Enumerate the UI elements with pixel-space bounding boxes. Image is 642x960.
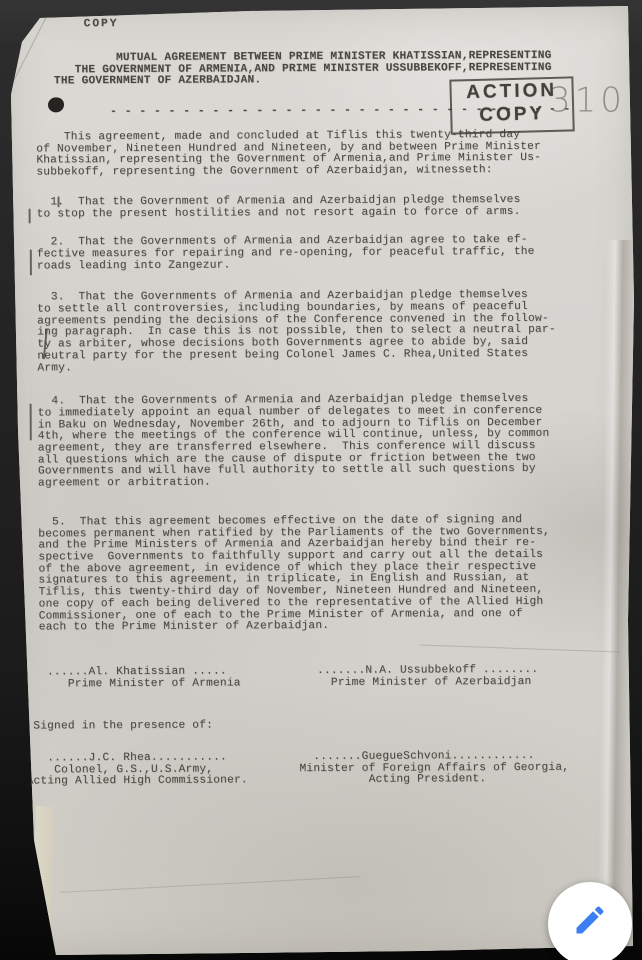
- signature-georgia: .......GuegueSchvoni............ Ministe…: [299, 751, 569, 788]
- document-page: COPY MUTUAL AGREEMENT BETWEEN PRIME MINI…: [0, 0, 642, 960]
- paragraph-clause-3: 3. That the Governments of Armenia and A…: [37, 290, 556, 375]
- pencil-margin-mark: [30, 404, 32, 441]
- agreement-body: This agreement, made and concluded at Ti…: [36, 130, 557, 652]
- copy-label: COPY: [84, 19, 119, 31]
- photo-viewer: COPY MUTUAL AGREEMENT BETWEEN PRIME MINI…: [0, 0, 642, 960]
- paragraph-clause-5: 5. That this agreement becomes effective…: [38, 515, 557, 635]
- signature-azerbaijan: .......N.A. Ussubbekoff ........ Prime M…: [317, 665, 538, 690]
- paragraph-intro: This agreement, made and concluded at Ti…: [36, 130, 555, 180]
- signature-armenia: ......Al. Khatissian ..... Prime Ministe…: [47, 666, 241, 690]
- paragraph-clause-4: 4. That the Governments of Armenia and A…: [38, 394, 557, 490]
- pencil-icon: [572, 902, 608, 947]
- pencil-margin-mark: [58, 196, 60, 207]
- signature-rhea: ......J.C. Rhea........... Colonel, G.S.…: [26, 752, 247, 788]
- pencil-margin-mark: [29, 209, 31, 224]
- edit-button[interactable]: [548, 882, 632, 960]
- hole-punch: [48, 97, 64, 112]
- pencil-margin-mark: [30, 250, 32, 276]
- stamp-number: 3101: [549, 80, 642, 120]
- paragraph-clause-1: 1. That the Government of Armenia and Az…: [37, 195, 556, 221]
- paragraph-clause-2: 2. That the Governments of Armenia and A…: [37, 235, 556, 273]
- document-content: COPY MUTUAL AGREEMENT BETWEEN PRIME MINI…: [0, 0, 642, 960]
- witness-heading: Signed in the presence of:: [33, 721, 213, 734]
